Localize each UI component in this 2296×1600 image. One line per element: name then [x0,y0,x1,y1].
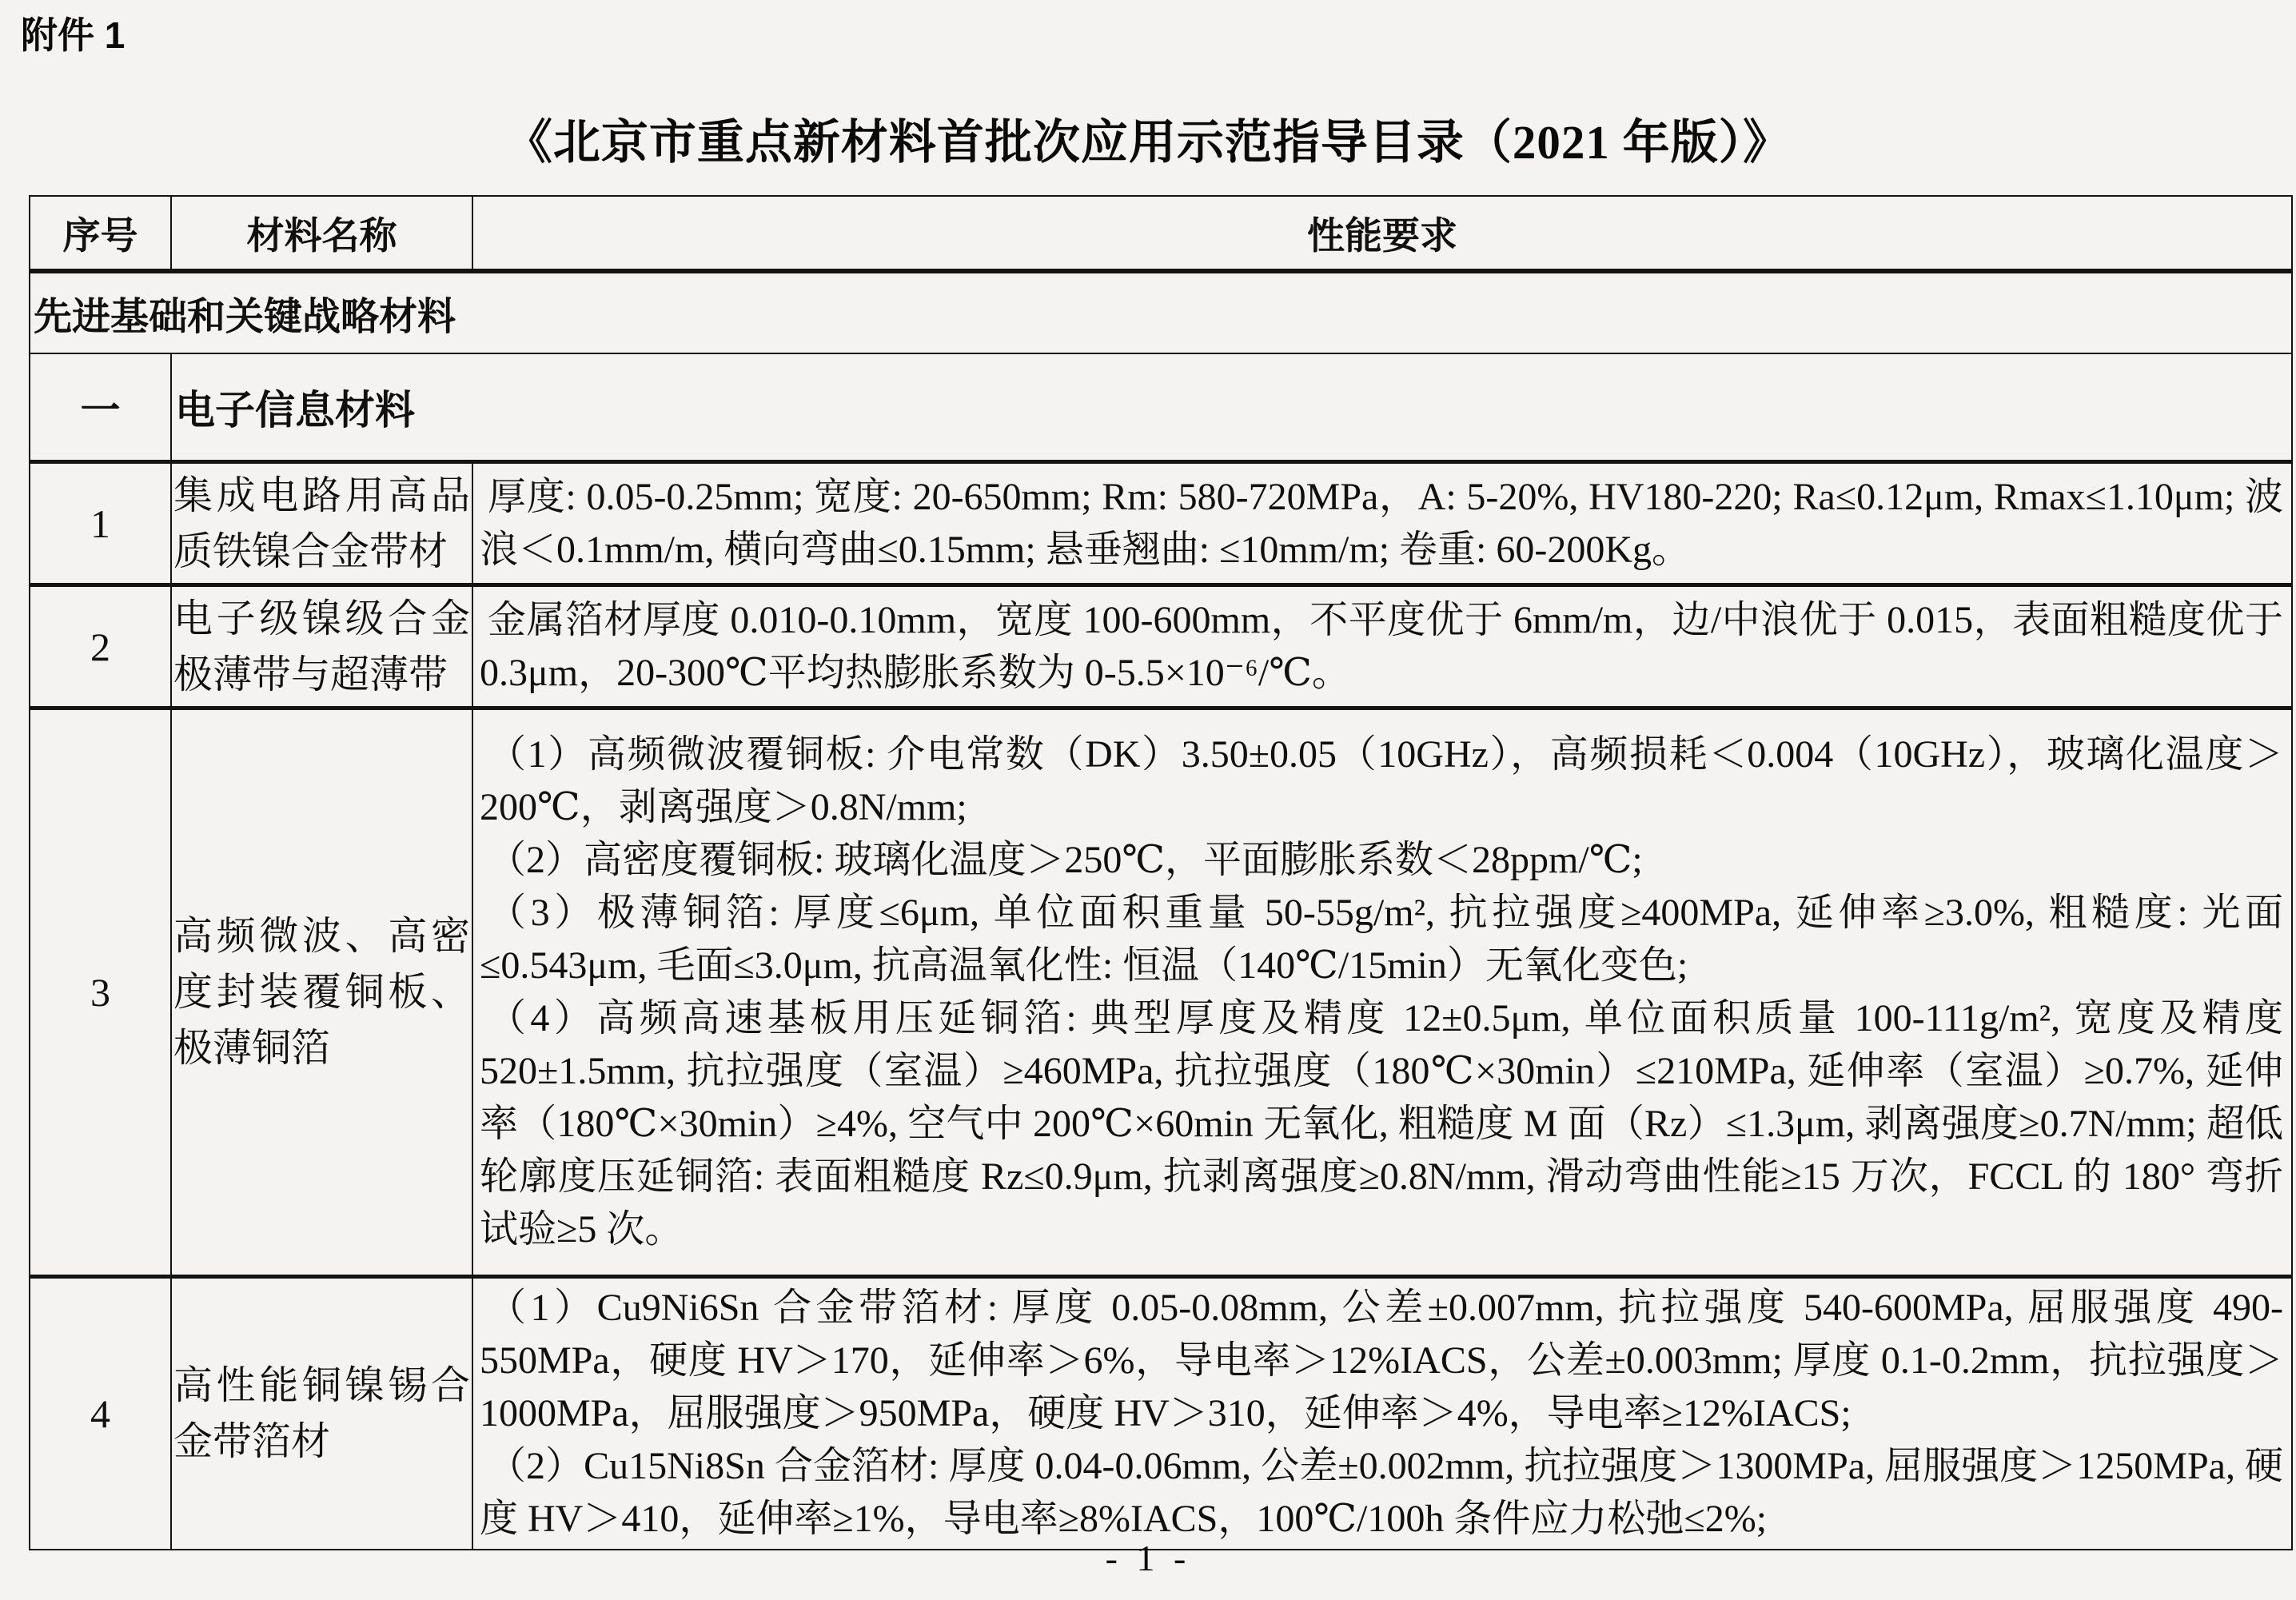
cell-material-name: 集成电路用高品质铁镍合金带材 [171,462,472,585]
materials-table: 序号 材料名称 性能要求 先进基础和关键战略材料 一 电子信息材料 1 集成电路… [29,195,2293,1550]
section-header: 先进基础和关键战略材料 [30,271,2292,353]
cell-requirements: （1）Cu9Ni6Sn 合金带箔材: 厚度 0.05-0.08mm, 公差±0.… [472,1277,2292,1550]
cell-index: 2 [30,585,171,708]
table-row: 4 高性能铜镍锡合金带箔材 （1）Cu9Ni6Sn 合金带箔材: 厚度 0.05… [30,1277,2292,1550]
spec-paragraph: 金属箔材厚度 0.010-0.10mm，宽度 100-600mm，不平度优于 6… [480,594,2283,700]
cell-material-name: 电子级镍级合金极薄带与超薄带 [171,585,472,708]
table-header-row: 序号 材料名称 性能要求 [30,196,2292,271]
cell-requirements: （1）高频微波覆铜板: 介电常数（DK）3.50±0.05（10GHz），高频损… [472,708,2292,1277]
spec-paragraph: （2）高密度覆铜板: 玻璃化温度＞250℃，平面膨胀系数＜28ppm/℃; [480,834,2283,887]
cell-material-name: 高性能铜镍锡合金带箔材 [171,1277,472,1550]
cell-requirements: 金属箔材厚度 0.010-0.10mm，宽度 100-600mm，不平度优于 6… [472,585,2292,708]
group-row: 一 电子信息材料 [30,353,2292,462]
cell-index: 3 [30,708,171,1277]
cell-index: 4 [30,1277,171,1550]
spec-paragraph: （4）高频高速基板用压延铜箔: 典型厚度及精度 12±0.5μm, 单位面积质量… [480,992,2283,1256]
group-index: 一 [30,353,171,462]
spec-paragraph: 厚度: 0.05-0.25mm; 宽度: 20-650mm; Rm: 580-7… [480,471,2283,577]
page-title: 《北京市重点新材料首批次应用示范指导目录（2021 年版）》 [0,104,2296,172]
section-row: 先进基础和关键战略材料 [30,271,2292,353]
attachment-label: 附件 1 [21,6,125,59]
column-header-requirements: 性能要求 [472,196,2292,271]
spec-paragraph: （3）极薄铜箔: 厚度≤6μm, 单位面积重量 50-55g/m², 抗拉强度≥… [480,887,2283,992]
cell-material-name: 高频微波、高密度封装覆铜板、极薄铜箔 [171,708,472,1277]
spec-paragraph: （1）Cu9Ni6Sn 合金带箔材: 厚度 0.05-0.08mm, 公差±0.… [480,1282,2283,1440]
page-number: - 1 - [0,1537,2296,1579]
cell-index: 1 [30,462,171,585]
column-header-material: 材料名称 [171,196,472,271]
table-row: 1 集成电路用高品质铁镍合金带材 厚度: 0.05-0.25mm; 宽度: 20… [30,462,2292,585]
spec-paragraph: （2）Cu15Ni8Sn 合金箔材: 厚度 0.04-0.06mm, 公差±0.… [480,1440,2283,1546]
column-header-index: 序号 [30,196,171,271]
document-page: { "page": { "attachment_label": "附件 1", … [0,0,2296,1600]
table-row: 2 电子级镍级合金极薄带与超薄带 金属箔材厚度 0.010-0.10mm，宽度 … [30,585,2292,708]
group-name: 电子信息材料 [171,353,2292,462]
cell-requirements: 厚度: 0.05-0.25mm; 宽度: 20-650mm; Rm: 580-7… [472,462,2292,585]
spec-paragraph: （1）高频微波覆铜板: 介电常数（DK）3.50±0.05（10GHz），高频损… [480,728,2283,834]
table-row: 3 高频微波、高密度封装覆铜板、极薄铜箔 （1）高频微波覆铜板: 介电常数（DK… [30,708,2292,1277]
